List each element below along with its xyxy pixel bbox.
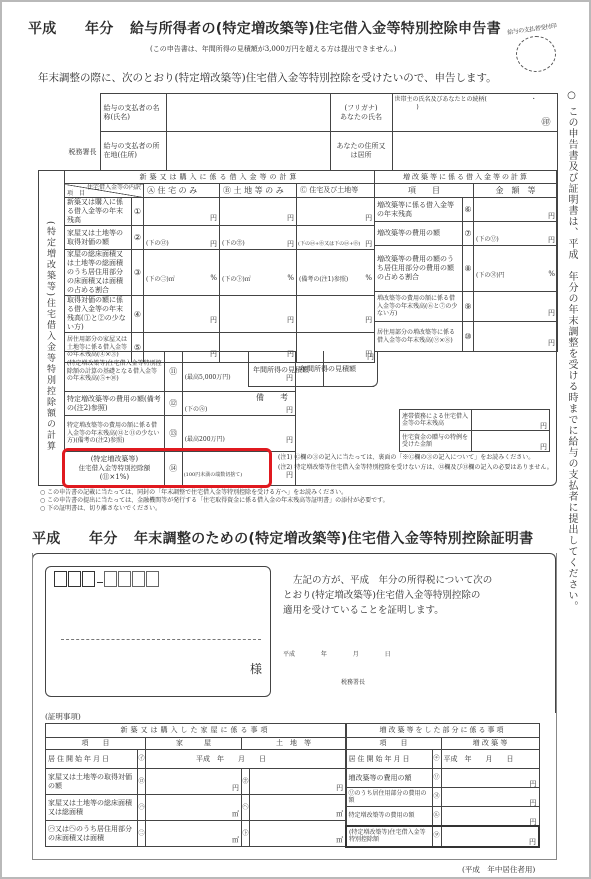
joint-debt-table: 連帯債務による住宅借入金等の年末残高 円 住宅資金の贈与の特例を受けた金額 円 [399,409,550,452]
yen-unit: 円 [365,315,372,325]
highlight-deduction-amount [62,448,272,488]
reno-move-in-label: 居住開始年月日 [346,750,432,769]
yen-unit: 円 [540,442,547,452]
col-a-header: Ⓐ 住 宅 の み [144,184,220,198]
row-nu-num: ㋦ [432,788,441,807]
row3-c-hint: (備考の(注1)参照) [299,276,348,284]
certificate-statement: 左記の方が、平成 年分の所得税について次の とおり(特定増改築等)住宅借入金等特… [283,573,492,618]
reno-move-in-field[interactable]: 平成 年 月 日 [441,750,539,769]
postal-digit-box [146,571,159,587]
statement-line-2: とおり(特定増改築等)住宅借入金等特別控除の [283,588,492,603]
row4-col-a[interactable]: 円 [144,296,220,333]
postal-digit-box [118,571,131,587]
row3-b-num: (下の㋣)㎡ [222,276,251,284]
date-year: 年 [321,651,327,658]
row3-col-a[interactable]: (下の㊁)㎡ % (下の㋩)㎡ [144,250,220,296]
reno-move-in-template: 平成 年 月 日 [444,755,514,763]
right-margin-note: ○ この申告書及び証明書は、平成 年分の年末調整を受ける時までに給与の支払者に提… [564,90,579,580]
householder-label: 世帯主の氏名及びあなたとの続柄( ・ ) [395,96,557,111]
row11-hint: (最高5,000万円) [185,374,231,382]
sqm-unit: ㎡ [232,835,239,845]
name-label: あなたの氏名 [331,113,392,122]
specific-reno-cost-label: 特定増改築等の費用の額 [346,807,432,826]
acq-price-land-field[interactable]: 円 [250,769,346,795]
certificate-title: 平成 年分 年末調整のための(特定増改築等)住宅借入金等特別控除証明書 [32,528,533,548]
row3-label: 家屋の総床面積又は土地等の総面積のうち居住用部分の床面積又は面積の占める割合 [65,250,132,296]
row-ri-num: ㋷ [432,769,441,788]
postal-code-boxes[interactable] [54,571,160,591]
tax-office-chief: 税務署長 [69,148,97,156]
statement-line-3: 適用を受けていることを証明します。 [283,603,492,618]
row-he-num: ㋬ [242,795,250,821]
yen-unit: 円 [548,338,555,348]
row10-num: ⑩ [463,322,474,352]
row1-col-a[interactable]: 円 [144,198,220,226]
your-address-field[interactable] [392,132,557,171]
yen-unit: 円 [548,211,555,221]
yen-unit: 円 [287,239,294,249]
residential-area-label: ㋩又は㋬のうち居住用部分の床面積又は面積 [46,821,138,847]
bullet-notes: ○ この申告書の記載に当たっては、同封の「年末調整で住宅借入金等特別控除を受ける… [40,489,389,513]
house-section-header: 新築又は購入した家屋に係る事項 [46,724,346,738]
postal-hyphen [97,582,103,583]
yen-unit: 円 [286,435,293,445]
yen-unit: 円 [210,239,217,249]
row2-b-hint: (下の㋭) [222,240,245,248]
right-col-item: 項 目 [375,184,474,198]
annual-income-text: 年間所得の見積額 [253,366,309,375]
row6-value[interactable]: 円 [474,198,558,222]
certificate-bottom-line [32,859,556,860]
payer-name-label: 給与の支払者の名称(氏名) [100,94,166,132]
row9-value[interactable]: 円 [474,292,558,322]
cert-title-year: 年分 [89,531,118,547]
row9-num: ⑨ [463,292,474,322]
row6-label: 増改築等に係る借入金等の年末残高 [375,198,463,222]
row12-hint: (下の㋸) [185,406,208,414]
row11-num: ⑪ [164,352,182,392]
annual-income-field[interactable]: 円 [325,351,377,386]
sqm-unit: ㎡ [232,809,239,819]
yen-unit: 円 [210,315,217,325]
date-day: 日 [385,651,391,658]
certificate-left-edge [32,553,33,860]
householder-text: 世帯主の氏名及びあなたとの続柄( [395,96,487,103]
receipt-stamp-circle[interactable] [516,36,556,72]
move-in-date-field[interactable]: 平成 年 月 日 [146,750,346,769]
bullet-note: ○ この申告書の記載に当たっては、同封の「年末調整で住宅借入金等特別控除を受ける… [40,489,389,497]
row9-label: 増改築等の費用の額に係る借入金等の年末残高(⑥と⑦の少ない方) [375,292,463,322]
yen-unit: 円 [367,352,374,362]
title-year: 年分 [85,21,114,37]
postal-digit-box [104,571,117,587]
row-ro-num: ㋺ [138,769,146,795]
joint-debt-field[interactable]: 円 [472,410,550,431]
yen-unit: 円 [530,779,537,788]
row3-a-num: (下の㊁)㎡ [146,276,175,284]
address-dashed-line [61,639,261,640]
renovation-col-item: 項 目 [346,738,441,750]
row1-label: 新築又は購入に係る借入金等の年末残高 [65,198,132,226]
row12-label: 特定増改築等の費用の額(備考の(注2)参照) [65,392,165,416]
certificate-footer: (平成 年中居住者用) [462,864,535,875]
corner-header: 住宅借入金等の内訳 項 目 [65,184,144,198]
yen-unit: 円 [540,421,547,431]
house-col-house: 家 屋 [146,738,242,750]
move-in-date-label: 居住開始年月日 [46,750,138,769]
reno-cost-field[interactable]: 円 [441,769,539,788]
row-ni-num: ㊁ [138,821,146,847]
pct-unit: % [287,274,294,282]
yen-unit: 円 [530,817,537,826]
total-area-label: 家屋又は土地等の総床面積又は総面積 [46,795,138,821]
renovation-section-header: 増改築等をした部分に係る事項 [346,724,539,738]
gift-special-label: 住宅資金の贈与の特例を受けた金額 [400,431,472,452]
acq-price-house-field[interactable]: 円 [146,769,242,795]
row7-num: ⑦ [463,222,474,246]
reno-cost-label: 増改築等の費用の額 [346,769,432,788]
row-i-num: ㋑ [138,750,146,769]
gift-special-field[interactable]: 円 [472,431,550,452]
row13-label: 特定増改築等の費用の額に係る借入金等の年末残高(⑫と⑪の少ない方)(備考の(注2… [65,416,165,452]
total-area-land-field[interactable]: ㎡ [250,795,346,821]
yen-unit: 円 [287,213,294,223]
yen-unit: 円 [529,837,536,847]
row4-num: ④ [132,296,144,333]
row4-col-b[interactable]: 円 [220,296,297,333]
payer-address-label: 給与の支払者の所在地(住所) [100,132,166,171]
certificate-date: 平成 年 月 日 [283,651,391,659]
row10-label: 居住用部分の増改築等に係る借入金等の年末残高(⑨×⑧) [375,322,463,352]
row1-num: ① [132,198,144,226]
householder-close: ) [416,104,418,111]
title-era: 平成 [28,21,57,37]
purchase-section-header: 新築又は購入に係る借入金等の計算 [65,171,375,184]
row7-value[interactable]: (下の㋷)円 [474,222,558,246]
row2-num: ② [132,226,144,250]
col-c-header: Ⓒ 住宅及び土地等 [297,184,375,198]
certificate-right-edge [556,553,557,860]
row-ha-num: ㋩ [138,795,146,821]
row2-a-hint: (下の㋺) [146,240,169,248]
side-vertical-label: (特定増改築等)住宅借入金等特別控除額の計算 [44,196,57,478]
row-wo-num: ㋾ [432,826,441,847]
total-area-house-field[interactable]: ㎡ [146,795,242,821]
row1-col-b[interactable]: 円 [220,198,297,226]
specific-reno-cost-field[interactable]: 円 [441,807,539,826]
house-col-land: 土 地 等 [242,738,346,750]
house-items-table: 新築又は購入した家屋に係る事項 項 目 家 屋 土 地 等 居住開始年月日 ㋑ … [45,723,346,847]
row3-col-c[interactable]: (備考の(注1)参照) % [297,250,375,296]
house-col-item: 項 目 [46,738,146,750]
postal-digit-box [82,571,95,587]
row8-value[interactable]: (下の㋦)円 % (下の㋷)円 [474,246,558,292]
yen-unit: 円 [336,783,343,793]
remark-note-1: (注1) Ⓒ欄の③の記入に当たっては、裏面の「※Ⓒ欄の③の記入について」をお読み… [278,454,554,462]
renovation-calc-table: 増改築等に係る借入金等の計算 項 目 金 額 等 増改築等に係る借入金等の年末残… [374,170,558,352]
honorific-sama: 様 [250,660,262,677]
cert-title-main: 年末調整のための(特定増改築等)住宅借入金等特別控除証明書 [134,531,534,547]
row13-value[interactable]: (最高200万円)円 [182,416,295,452]
row6-num: ⑥ [463,198,474,222]
row13-hint: (最高200万円) [185,436,225,444]
row2-col-b[interactable]: (下の㋭)円 [220,226,297,250]
row-chi-num: ㋠ [432,750,441,769]
annual-income-divider-left [248,351,249,387]
yen-unit: 円 [232,783,239,793]
row2-col-a[interactable]: (下の㋺)円 [144,226,220,250]
your-name-field[interactable]: 世帯主の氏名及びあなたとの続柄( ・ ) ㊞ [392,94,557,132]
cert-tax-office-chief: 税務署長 [341,679,365,687]
title-main: 給与所得者の(特定増改築等)住宅借入金等特別控除申告書 [130,21,501,37]
row10-value[interactable]: 円 [474,322,558,352]
purchase-calc-table: 新築又は購入に係る借入金等の計算 住宅借入金等の内訳 項 目 Ⓐ 住 宅 の み… [64,170,375,363]
remark-note-2: (注2) 特定増改築等住宅借入金等特別控除を受けない方は、⑫欄及び⑬欄の記入の必… [278,464,554,472]
col-b-header: Ⓑ 土 地 等 の み [220,184,297,198]
residential-area-land-field[interactable]: ㎡ [250,821,346,847]
reno-residential-cost-field[interactable]: 円 [441,788,539,807]
pct-unit: % [210,274,217,282]
row13-num: ⑬ [164,416,182,452]
seal-icon: ㊞ [541,115,550,128]
certified-items-heading: (証明事項) [45,711,81,722]
date-month: 月 [353,651,359,658]
postal-digit-box [68,571,81,587]
move-in-date-template: 平成 年 月 日 [196,755,266,763]
row2-col-c[interactable]: (下の㋺+㋭又は下の㋺+㋭)円 [297,226,375,250]
payer-name-field[interactable] [166,94,330,132]
yen-unit: 円 [210,213,217,223]
cert-deduction-field[interactable]: 円 [441,826,539,847]
acq-price-label: 家屋又は土地等の取得対価の額 [46,769,138,795]
row4-col-c[interactable]: 円 [297,296,375,333]
yen-unit: 円 [365,213,372,223]
row-ru-num: ㋸ [432,807,441,826]
corner-top-label: 住宅借入金等の内訳 [87,184,141,192]
recipient-address-box: 様 [45,566,271,697]
reno-residential-cost-label: ㋷のうち居住用部分の費用の額 [346,788,432,807]
bullet-note: ○ この申告書の提出に当たっては、金融機関等が発行する「住宅取得資金に係る借入金… [40,497,389,505]
row11-label: (特定増改築等)住宅借入金等特別控除額の計算の基礎となる借入金等の年末残高(⑤+… [65,352,165,392]
yen-unit: 円 [286,405,293,415]
sqm-unit: ㎡ [336,809,343,819]
date-era: 平成 [283,651,295,658]
row-to-num: ㋣ [242,821,250,847]
lead-text: 年末調整の際に、次のとおり(特定増改築等)住宅借入金等特別控除を受けたいので、申… [38,70,497,85]
payer-address-field[interactable] [166,132,330,171]
remarks-label: 備 考 [256,393,292,403]
your-address-label: あなたの住所又は居所 [330,132,392,171]
yen-unit: 円 [548,308,555,318]
row2-c-hint: (下の㋺+㋭又は下の㋺+㋭) [298,240,360,247]
postal-digit-box [132,571,145,587]
yen-unit: 円 [287,315,294,325]
row1-col-c[interactable]: 円 [297,198,375,226]
cert-deduction-label: (特定増改築等)住宅借入金等特別控除額 [346,826,432,847]
renovation-section-header: 増改築等に係る借入金等の計算 [375,171,558,184]
statement-line-1: 左記の方が、平成 年分の所得税について次の [283,573,492,588]
your-name-label: (フリガナ) あなたの氏名 [330,94,392,132]
yen-unit: 円 [365,239,372,249]
row12-num: ⑫ [164,392,182,416]
applicant-info-table: 税務署長 給与の支払者の名称(氏名) (フリガナ) あなたの氏名 世帯主の氏名及… [38,93,558,171]
row8-num: ⑧ [463,246,474,292]
annual-income-divider [323,351,324,387]
row2-label: 家屋又は土地等の取得対価の額 [65,226,132,250]
pct-unit: % [365,274,372,282]
row3-col-b[interactable]: (下の㋣)㎡ % (下の㋬)㎡ [220,250,297,296]
row7-hint: (下の㋷) [476,236,499,244]
renovation-items-table: 増改築等をした部分に係る事項 項 目 増 改 築 等 居住開始年月日 ㋠ 平成 … [345,723,540,848]
row7-label: 増改築等の費用の額 [375,222,463,246]
row-ho-num: ㋭ [242,769,250,795]
yen-unit: 円 [530,798,537,807]
right-col-amount: 金 額 等 [474,184,558,198]
form-subtitle: (この申告書は、年間所得の見積額が3,000万円を超える方は提出できません。) [150,44,396,54]
form-title: 平成 年分 給与所得者の(特定増改築等)住宅借入金等特別控除申告書 [28,18,501,38]
residential-area-house-field[interactable]: ㎡ [146,821,242,847]
row8-label: 増改築等の費用の額のうち居住用部分の費用の額の占める割合 [375,246,463,292]
cert-title-era: 平成 [32,531,61,547]
furigana-label: (フリガナ) [331,104,392,113]
bullet-note: ○ 下の証明書は、切り離さないでください。 [40,505,389,513]
householder-dot: ・ [531,96,537,103]
joint-debt-label: 連帯債務による住宅借入金等の年末残高 [400,410,472,431]
sqm-unit: ㎡ [336,835,343,845]
row4-label: 取得対価の額に係る借入金等の年末残高(①と②の少ない方) [65,296,132,333]
row8-num-hint: (下の㋦)円 [476,272,505,280]
renovation-col-value: 増 改 築 等 [441,738,539,750]
row3-num: ③ [132,250,144,296]
corner-bottom-label: 項 目 [67,190,85,198]
yen-unit: 円 [548,235,555,245]
postal-digit-box [54,571,67,587]
pct-unit: % [548,270,555,278]
